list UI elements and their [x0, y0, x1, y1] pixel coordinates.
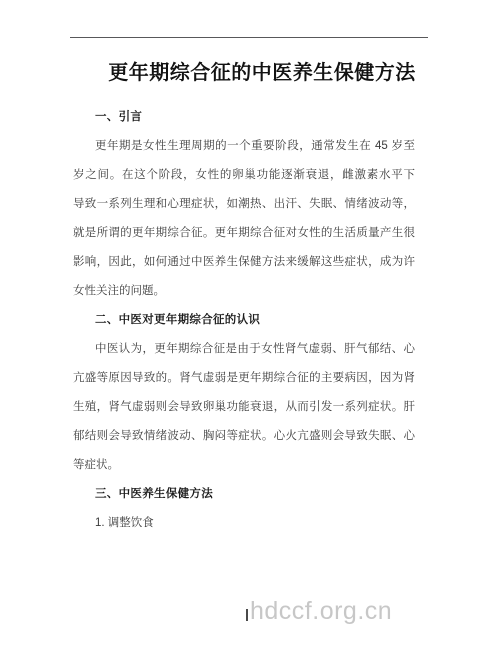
paragraph-line: 更年期是女性生理周期的一个重要阶段，通常发生在 45 岁至 55	[73, 132, 415, 161]
text-caret	[246, 609, 248, 621]
paragraph-line: 亢盛等原因导致的。肾气虚弱是更年期综合征的主要病因，因为肾主	[73, 364, 415, 393]
section-heading-1: 一、引言	[73, 103, 415, 132]
watermark-text: hdccf.org.cn	[250, 597, 392, 625]
header-rule	[70, 37, 428, 38]
document-title: 更年期综合征的中医养生保健方法	[12, 58, 500, 88]
section-heading-3: 三、中医养生保健方法	[73, 480, 415, 509]
paragraph-line: 影响，因此，如何通过中医养生保健方法来缓解这些症状，成为许多	[73, 248, 415, 277]
paragraph-line: 等症状。	[73, 451, 415, 480]
document-body: 一、引言 更年期是女性生理周期的一个重要阶段，通常发生在 45 岁至 55 岁之…	[73, 103, 415, 538]
section-heading-2: 二、中医对更年期综合征的认识	[73, 306, 415, 335]
paragraph-line: 中医认为，更年期综合征是由于女性肾气虚弱、肝气郁结、心火	[73, 335, 415, 364]
paragraph-line: 就是所谓的更年期综合征。更年期综合征对女性的生活质量产生很大	[73, 219, 415, 248]
paragraph-line: 岁之间。在这个阶段，女性的卵巢功能逐渐衰退，雌激素水平下降，	[73, 161, 415, 190]
document-page: 更年期综合征的中医养生保健方法 一、引言 更年期是女性生理周期的一个重要阶段，通…	[0, 0, 500, 647]
paragraph-line: 女性关注的问题。	[73, 277, 415, 306]
paragraph-line: 生殖，肾气虚弱则会导致卵巢功能衰退，从而引发一系列症状。肝气	[73, 393, 415, 422]
paragraph-line: 郁结则会导致情绪波动、胸闷等症状。心火亢盛则会导致失眠、心悸	[73, 422, 415, 451]
list-item-line: 1. 调整饮食	[73, 509, 415, 538]
paragraph-line: 导致一系列生理和心理症状，如潮热、出汗、失眠、情绪波动等，这	[73, 190, 415, 219]
